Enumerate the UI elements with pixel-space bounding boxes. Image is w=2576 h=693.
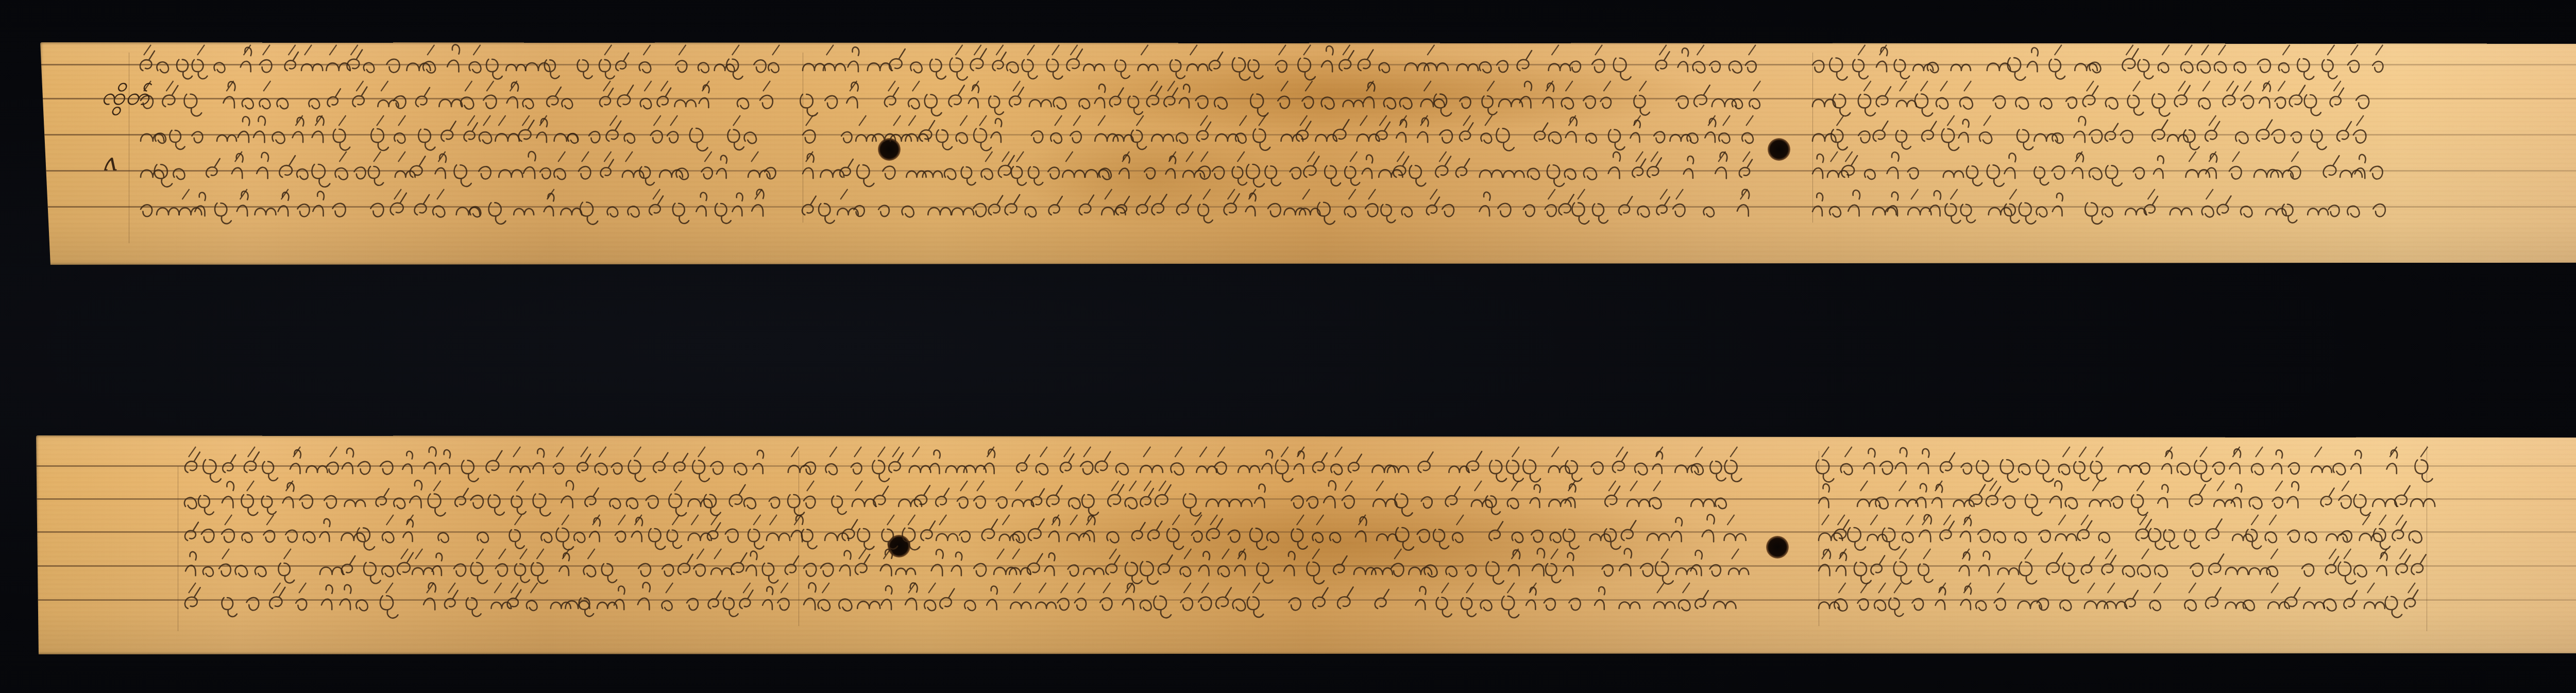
handwritten-script [36, 435, 2576, 654]
handwritten-script [40, 42, 2576, 265]
palm-leaf-bottom [36, 435, 2576, 654]
palm-leaf-top: ၸွိတ် ʌ [40, 42, 2576, 265]
